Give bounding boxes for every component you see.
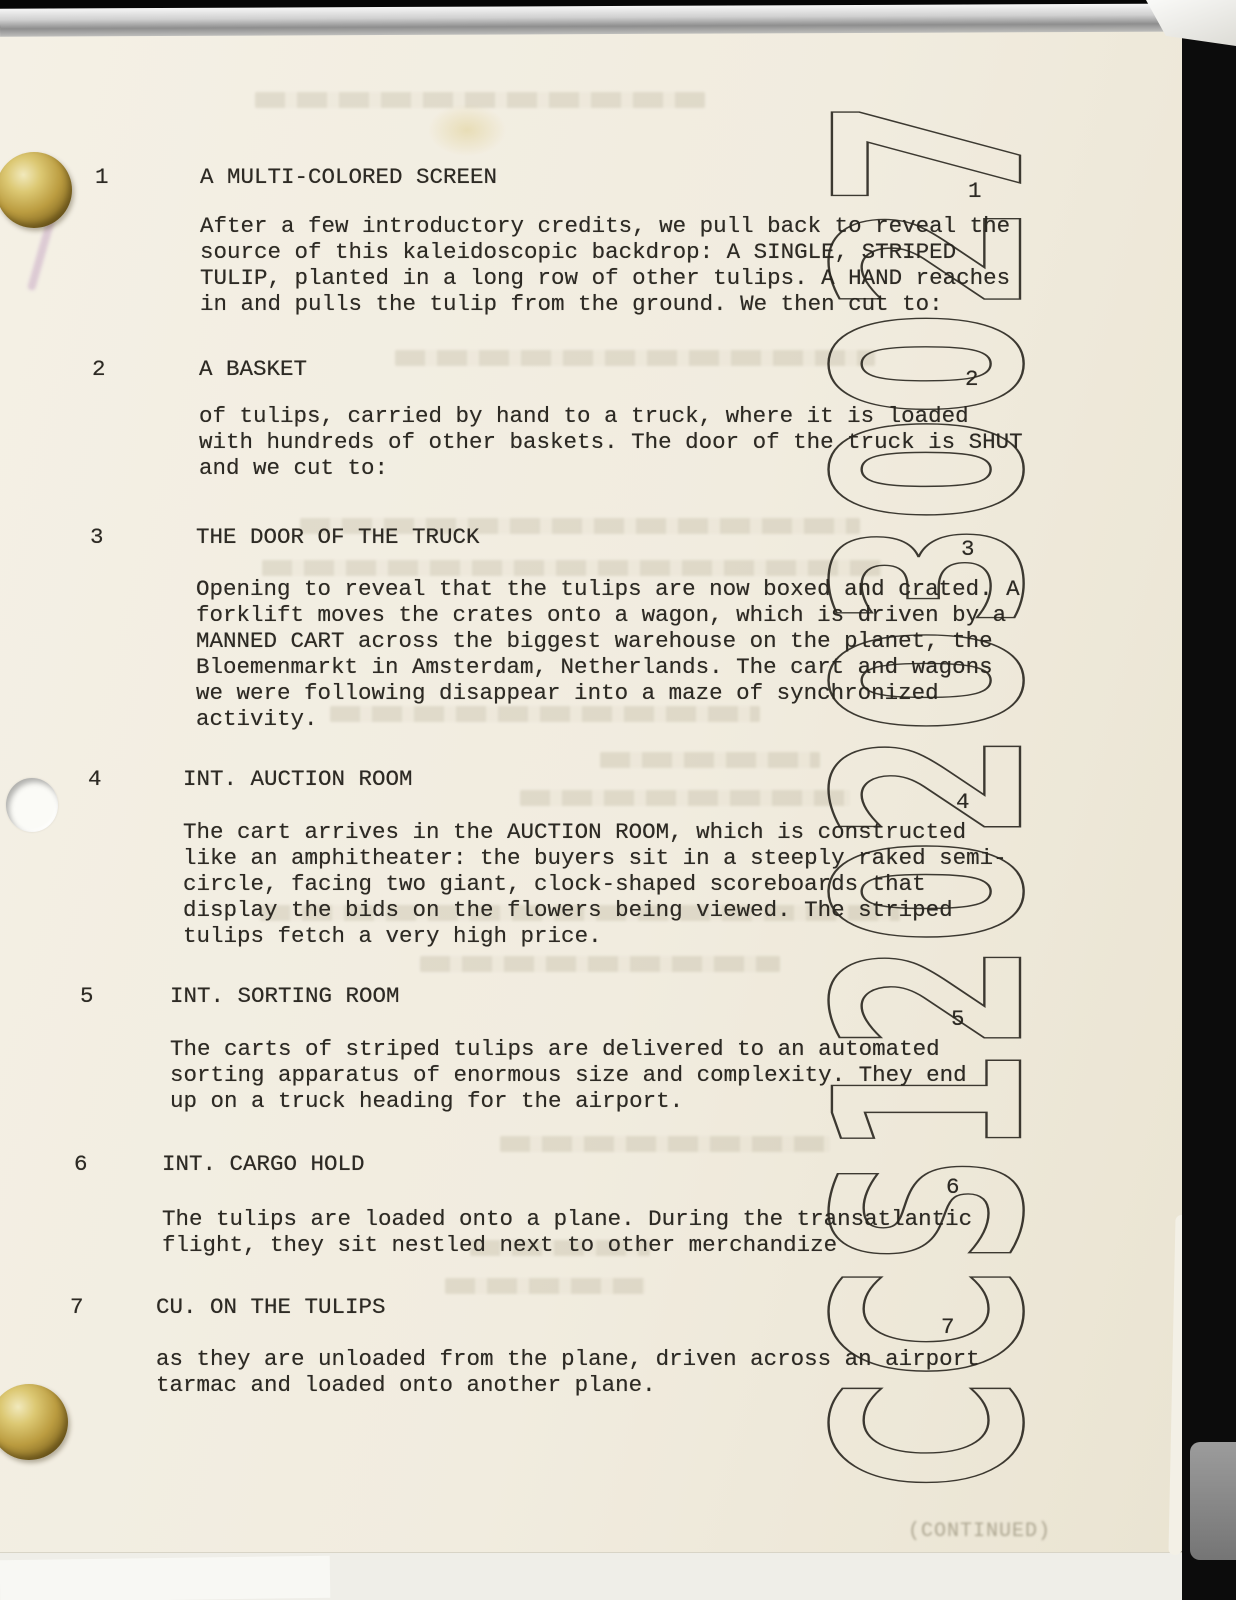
hole-punch (6, 778, 58, 832)
binder-clip (1190, 1442, 1236, 1560)
scene-action: as they are unloaded from the plane, dri… (156, 1346, 980, 1398)
scene-7: 7 CU. ON THE TULIPS as they are unloaded… (0, 0, 1236, 1600)
scene-number-left: 7 (70, 1294, 84, 1320)
scene-number-right: 7 (941, 1314, 955, 1340)
script-page-scan: (CONTINUED) 1 A MULTI-COLORED SCREEN Aft… (0, 0, 1236, 1600)
page-stack-edge (0, 3, 1236, 36)
background-right (1182, 34, 1236, 1600)
scene-heading: CU. ON THE TULIPS (156, 1294, 386, 1320)
